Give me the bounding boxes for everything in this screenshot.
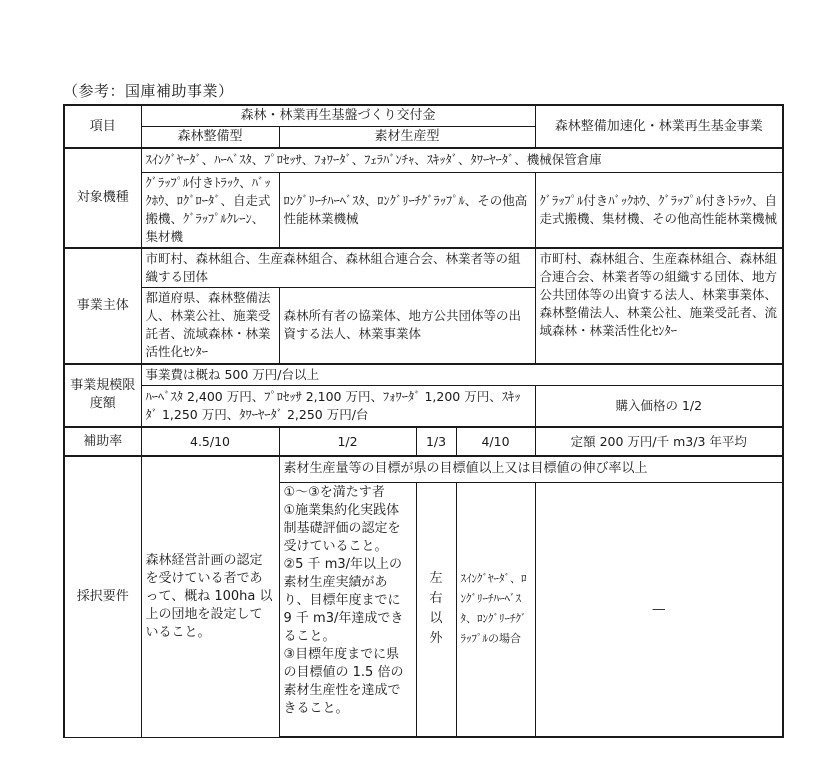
rate-timber-third: 1/3	[416, 427, 456, 456]
header-item: 項目	[64, 105, 141, 148]
machines-common: ｽｲﾝｸﾞﾔｰﾀﾞ、ﾊｰﾍﾞｽﾀ、ﾌﾟﾛｾｯｻ、ﾌｫﾜｰﾀﾞ、ﾌｪﾗﾊﾞﾝﾁｬ、…	[141, 148, 783, 172]
subsidy-table: 項目 森林・林業再生基盤づくり交付金 森林整備加速化・林業再生基金事業 森林整備…	[63, 104, 784, 738]
rate-timber-production: 1/2	[279, 427, 416, 456]
requirements-timber-machines: ｽｲﾝｸﾞﾔｰﾀﾞ、ﾛﾝｸﾞﾘｰﾁﾊｰﾍﾞｽﾀ、ﾛﾝｸﾞﾘｰﾁｸﾞﾗｯﾌﾟﾙの場…	[456, 482, 535, 737]
rate-forest-maintenance: 4.5/10	[141, 427, 279, 456]
header-timber-production: 素材生産型	[279, 127, 535, 149]
requirements-timber-other: 左右以外	[416, 482, 456, 737]
entity-timber-production: 森林所有者の協業体、地方公共団体等の出資する法人、林業事業体	[279, 288, 535, 364]
requirements-fund: ―	[535, 482, 783, 737]
header-group-kofukin: 森林・林業再生基盤づくり交付金	[141, 105, 535, 127]
header-group-kikin: 森林整備加速化・林業再生基金事業	[535, 105, 783, 148]
scale-common: 事業費は概ね 500 万円/台以上	[141, 364, 783, 386]
rate-timber-fourth: 4/10	[456, 427, 535, 456]
header-forest-maintenance: 森林整備型	[141, 127, 279, 149]
rate-fund: 定額 200 万円/千 m3/3 年平均	[535, 427, 783, 456]
row-label-requirements: 採択要件	[64, 456, 141, 737]
entity-forest-maintenance: 都道府県、森林整備法人、林業公社、施業受託者、流域森林・林業活性化ｾﾝﾀｰ	[141, 288, 279, 364]
requirements-timber-conditions: ①～③を満たす者 ①施業集約化実践体制基礎評価の認定を受けていること。 ②5 千…	[279, 482, 416, 737]
row-label-machines: 対象機種	[64, 148, 141, 248]
row-label-entity: 事業主体	[64, 248, 141, 364]
scale-fund: 購入価格の 1/2	[535, 385, 783, 427]
machines-fund: ｸﾞﾗｯﾌﾟﾙ付きﾊﾞｯｸﾎｳ、ｸﾞﾗｯﾌﾟﾙ付きﾄﾗｯｸ、自走式搬機、集材機、…	[535, 172, 783, 248]
row-label-scale-text: 事業規模限度額	[70, 378, 135, 411]
entity-fund: 市町村、森林組合、生産森林組合、森林組合連合会、林業者等の組織する団体、地方公共…	[535, 248, 783, 364]
requirements-timber-common: 素材生産量等の目標が県の目標値以上又は目標値の伸び率以上	[279, 456, 783, 482]
requirements-forest-maintenance: 森林経営計画の認定を受けている者であって、概ね 100ha 以上の団地を設定して…	[141, 456, 279, 737]
machines-forest-maintenance: ｸﾞﾗｯﾌﾟﾙ付きﾄﾗｯｸ、ﾊﾞｯｸﾎｳ、ﾛｸﾞﾛｰﾀﾞ、自走式搬機、ｸﾞﾗｯﾌ…	[141, 172, 279, 248]
scale-limits: ﾊｰﾍﾞｽﾀ 2,400 万円、ﾌﾟﾛｾｯｻ 2,100 万円、ﾌｫﾜｰﾀﾞ 1…	[141, 385, 535, 427]
entity-common: 市町村、森林組合、生産森林組合、森林組合連合会、林業者等の組織する団体	[141, 248, 535, 288]
table-caption: （参考：国庫補助事業）	[63, 80, 234, 101]
row-label-scale: 事業規模限度額	[64, 364, 141, 428]
row-label-rate: 補助率	[64, 427, 141, 456]
machines-timber-production: ﾛﾝｸﾞﾘｰﾁﾊｰﾍﾞｽﾀ、ﾛﾝｸﾞﾘｰﾁｸﾞﾗｯﾌﾟﾙ、その他高性能林業機械	[279, 172, 535, 248]
